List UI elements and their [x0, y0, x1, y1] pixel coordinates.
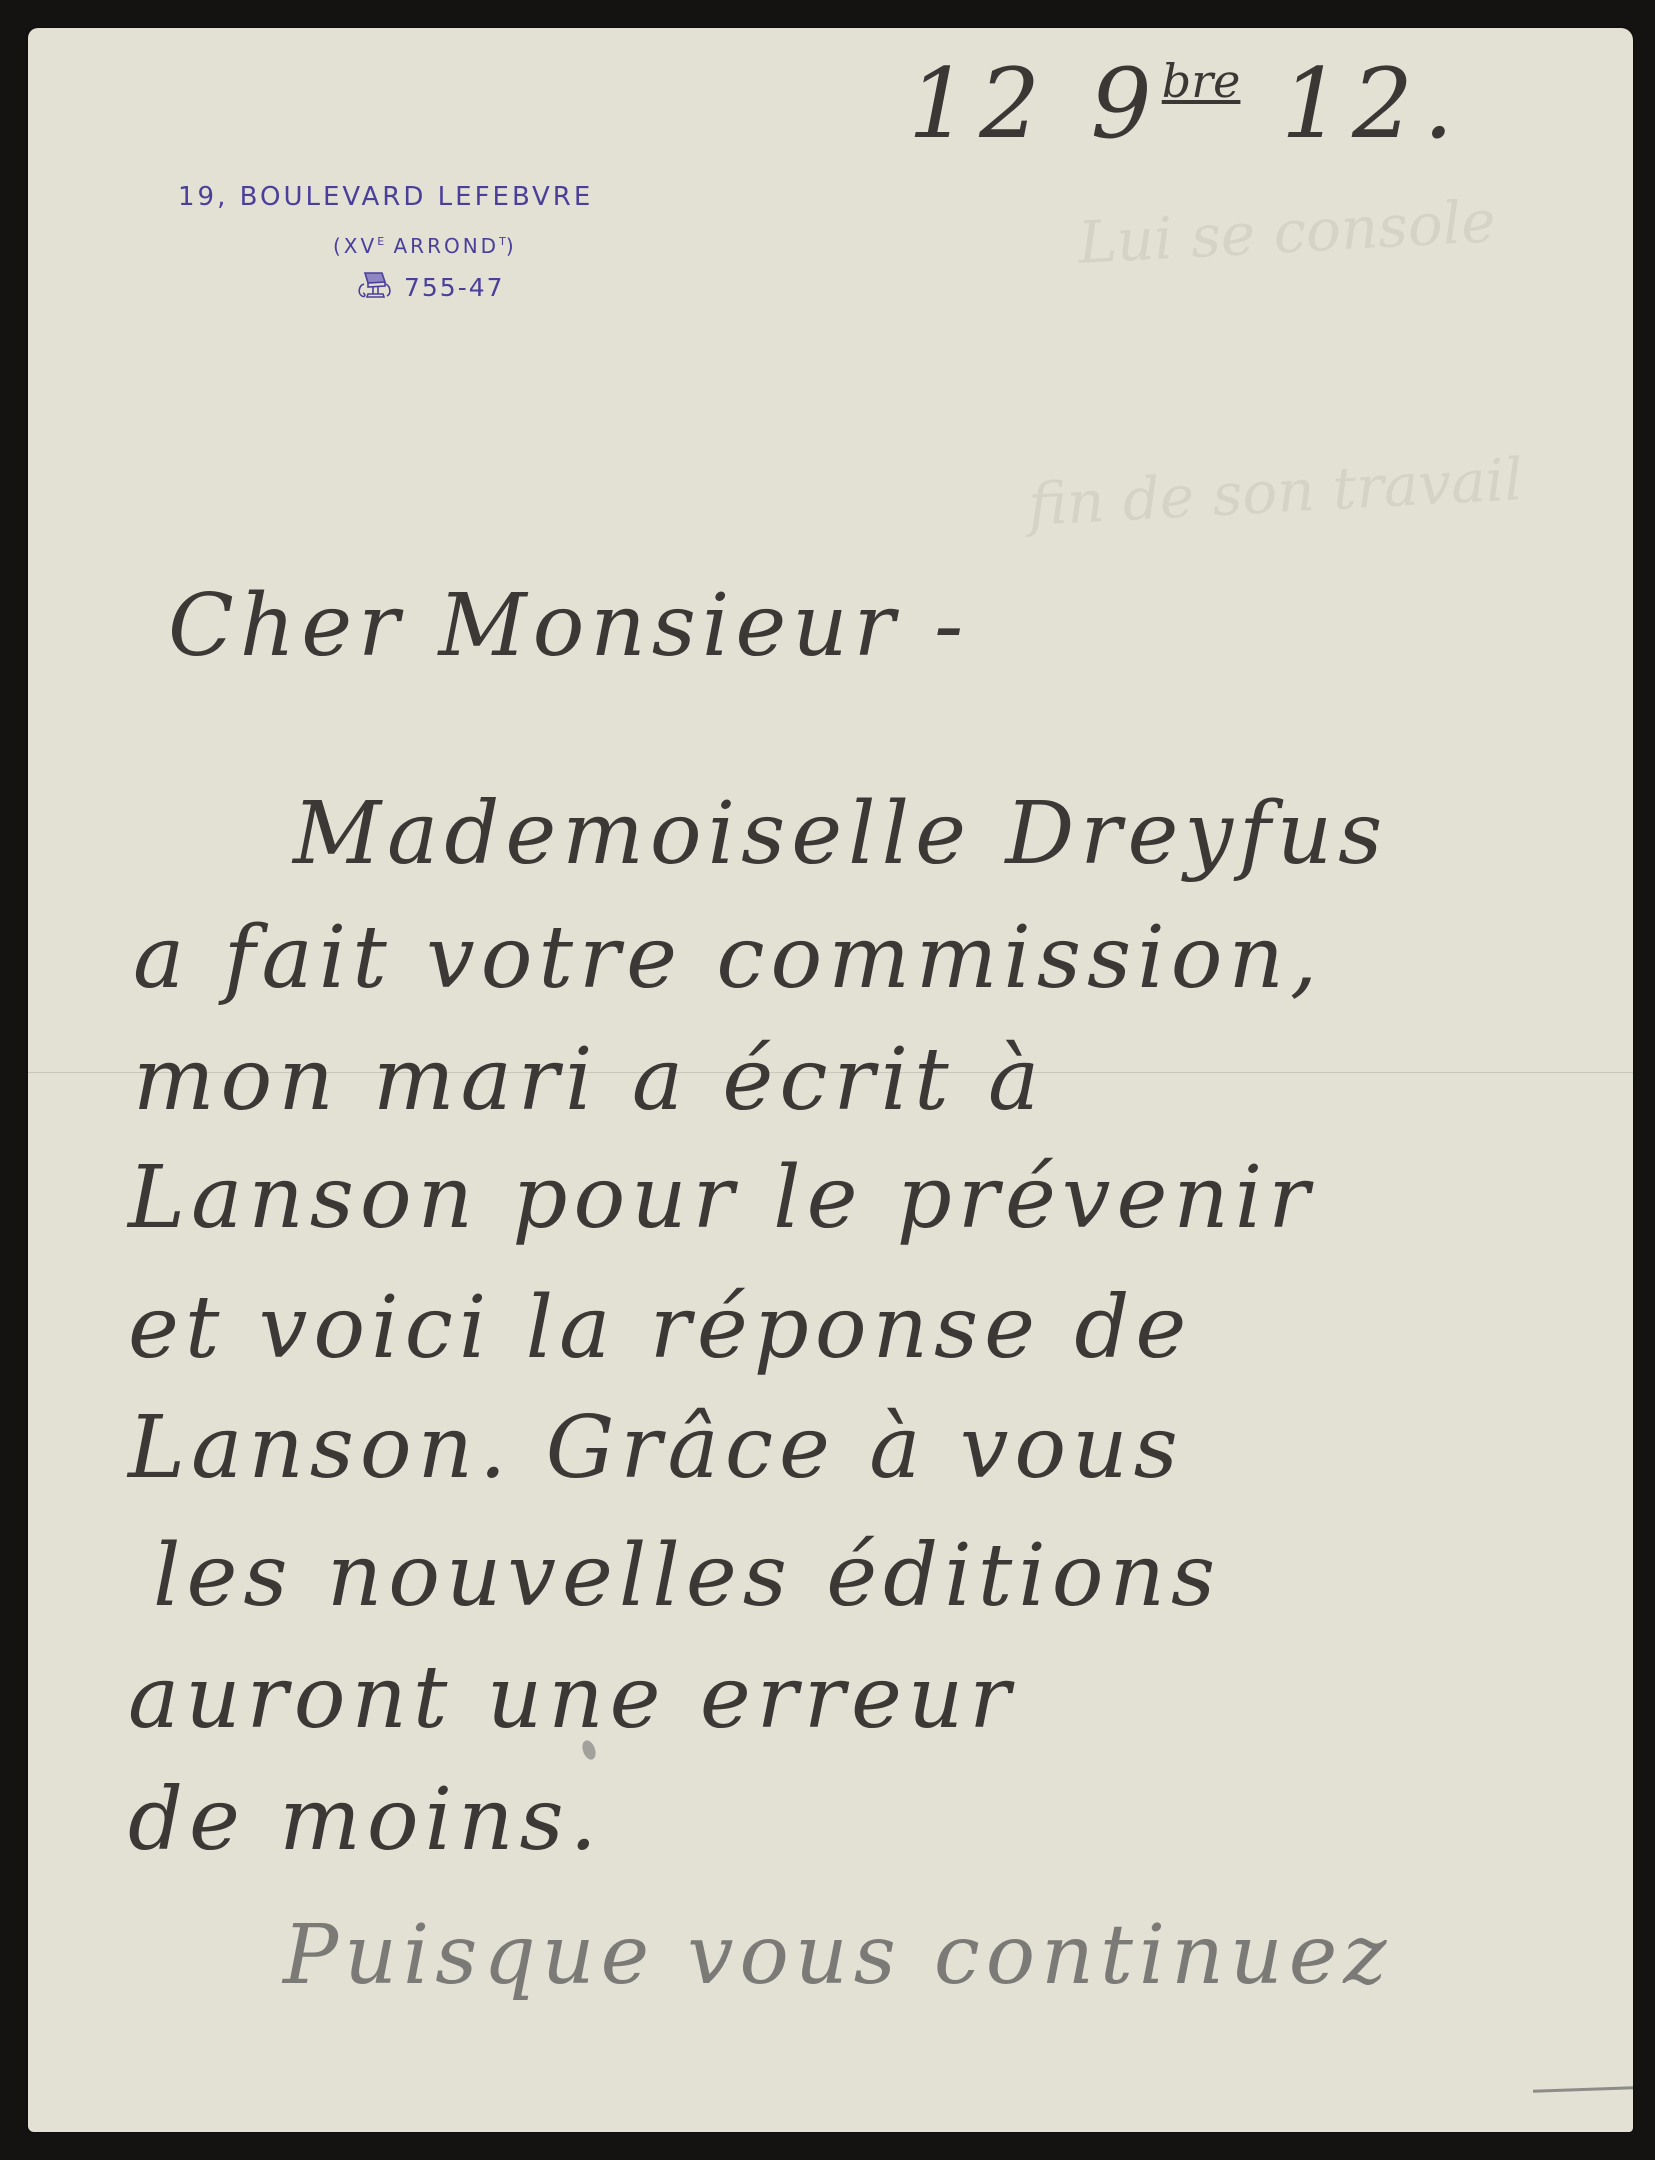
salutation: Cher Monsieur -	[168, 576, 969, 676]
letterhead-address: 19, BOULEVARD LEFEBVRE	[178, 182, 593, 212]
body-line: les nouvelles éditions	[153, 1526, 1221, 1626]
body-line: auront une erreur	[128, 1648, 1016, 1748]
continuation-stroke	[1533, 2086, 1633, 2092]
body-line: Lanson. Grâce à vous	[128, 1398, 1184, 1498]
body-line: Lanson pour le prévenir	[128, 1148, 1315, 1248]
arr-prefix: (XV	[333, 234, 377, 258]
letterhead-phone: 755-47	[356, 270, 505, 304]
arr-sup2: T	[499, 235, 506, 248]
letter-date: 12 9bre 12.	[908, 48, 1464, 160]
body-line: et voici la réponse de	[128, 1278, 1192, 1378]
letter-paper: Lui se console fin de son travail 19, BO…	[28, 28, 1633, 2132]
letterhead-arrondissement: (XVE ARRONDT)	[333, 234, 517, 258]
phone-number: 755-47	[404, 273, 505, 302]
body-line: Mademoiselle Dreyfus	[293, 784, 1388, 884]
body-line: mon mari a écrit à	[133, 1030, 1045, 1130]
date-month-sup: bre	[1162, 54, 1241, 108]
show-through-text: fin de son travail	[1027, 445, 1525, 539]
show-through-text: Lui se console	[1077, 187, 1498, 277]
date-day: 12	[908, 48, 1050, 160]
body-line: a fait votre commission,	[133, 908, 1323, 1008]
telephone-icon	[356, 270, 392, 304]
arr-suffix: )	[506, 234, 517, 258]
body-line-continued: Puisque vous continuez	[283, 1908, 1392, 2003]
date-month: 9	[1091, 48, 1162, 160]
date-year: 12.	[1281, 48, 1464, 160]
body-line: de moins.	[128, 1770, 603, 1870]
arr-mid: ARROND	[384, 234, 499, 258]
